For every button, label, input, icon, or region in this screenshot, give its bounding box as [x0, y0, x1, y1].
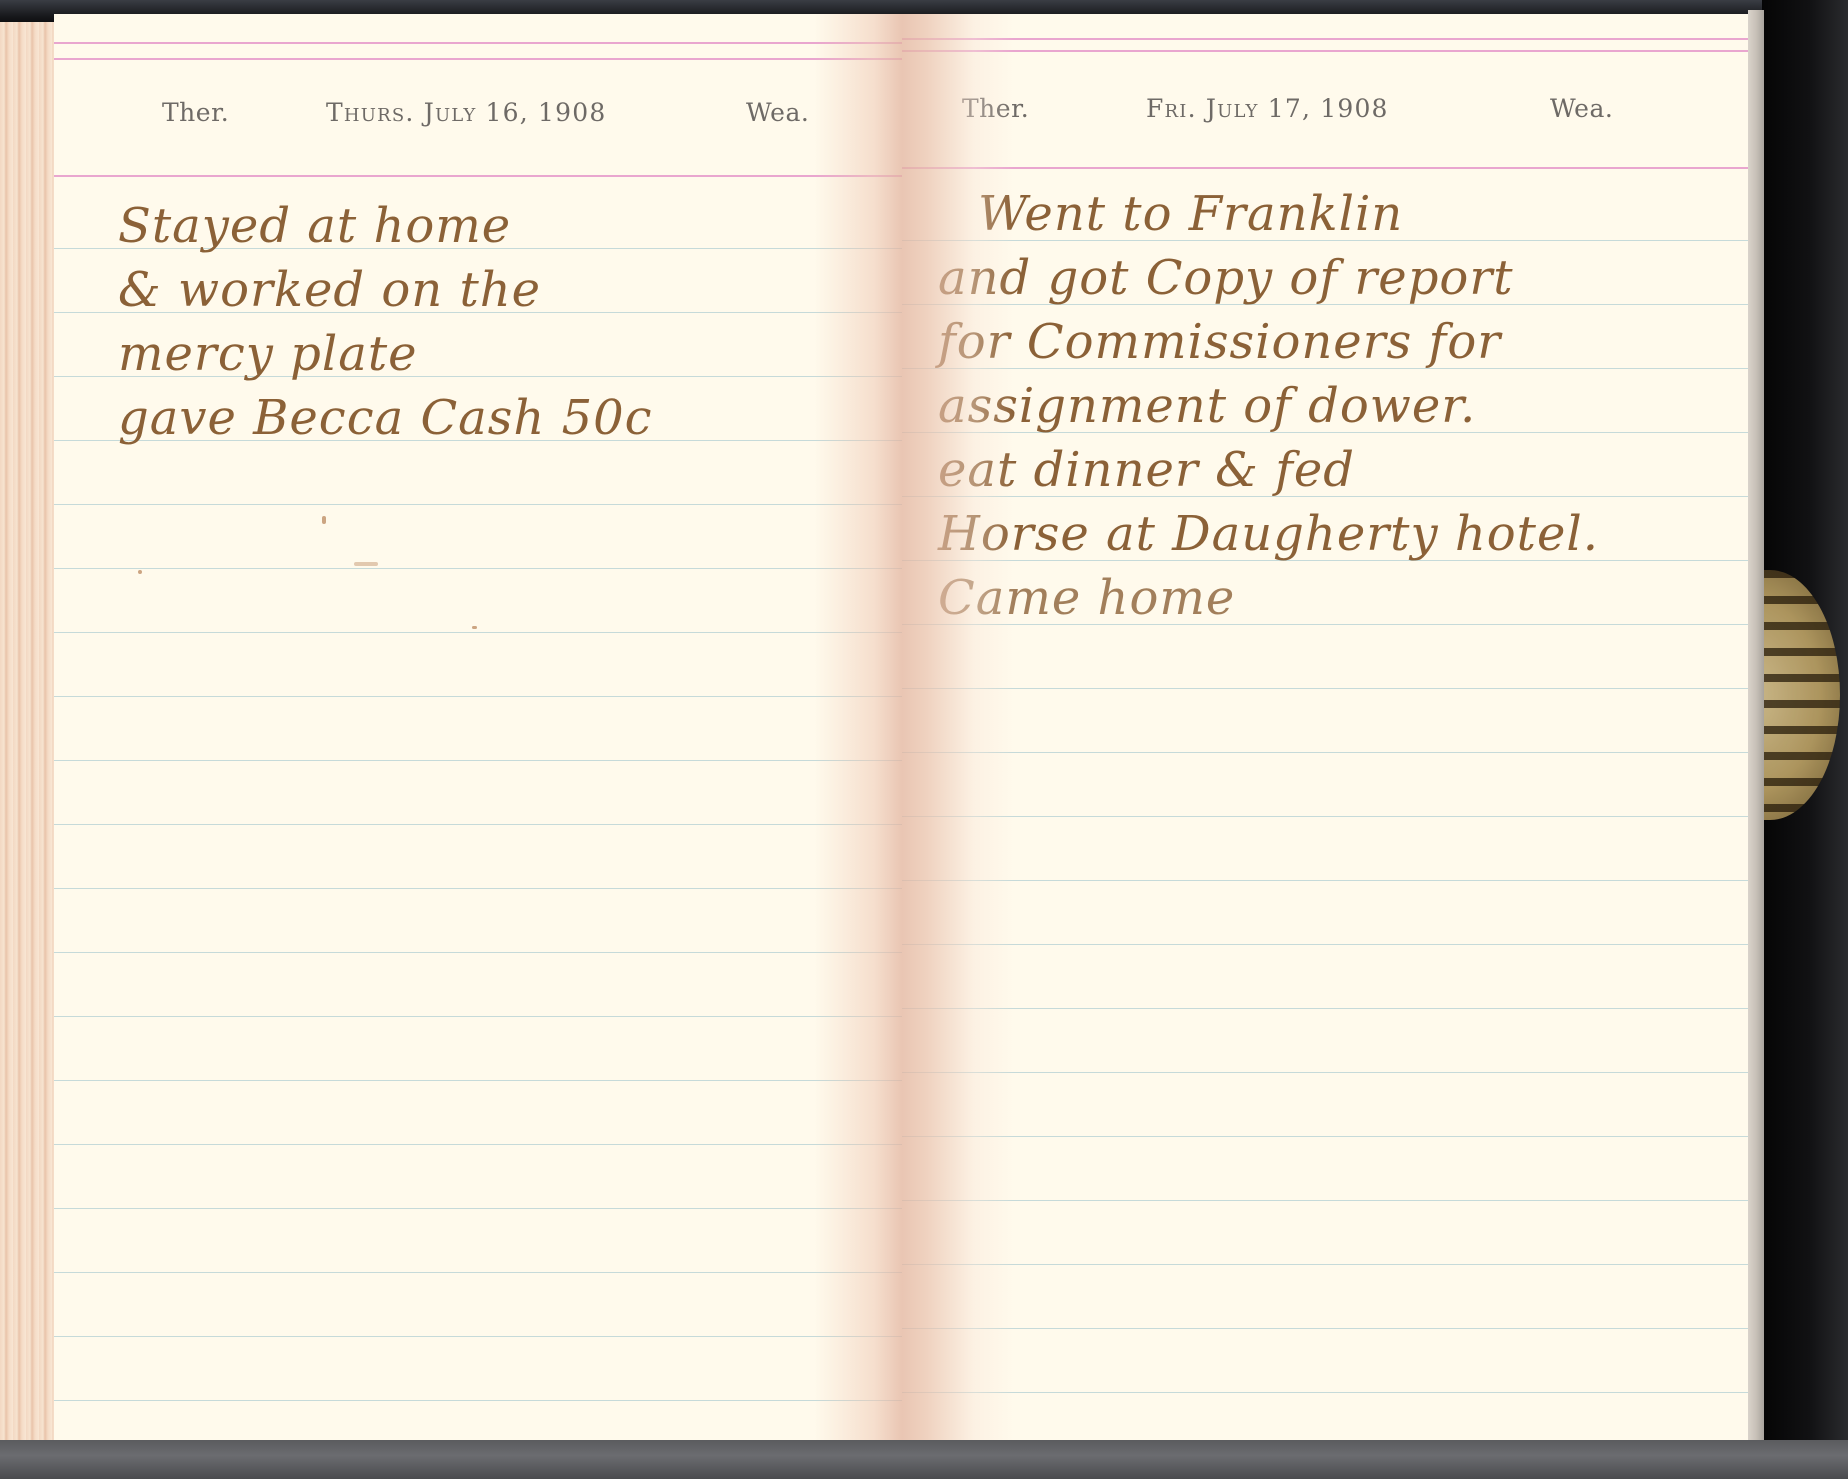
ruled-line [902, 1264, 1750, 1265]
right-page: Ther. Fri. July 17, 1908 Wea. Went to Fr… [902, 14, 1750, 1442]
ruled-line [54, 952, 902, 953]
top-rule [902, 50, 1750, 52]
open-spread: Ther. Thurs. July 16, 1908 Wea. Stayed a… [54, 14, 1750, 1442]
top-rule [54, 58, 902, 60]
ruled-line [54, 1080, 902, 1081]
ruled-line [54, 1208, 902, 1209]
diary-entry: Went to Franklin and got Copy of report … [938, 182, 1599, 630]
ruled-line [902, 880, 1750, 881]
ruled-line [54, 1144, 902, 1145]
entry-date: Thurs. July 16, 1908 [326, 98, 606, 127]
thermometer-label: Ther. [962, 94, 1029, 123]
entry-line: Stayed at home [118, 194, 653, 258]
ruled-line [902, 1392, 1750, 1393]
thermometer-label: Ther. [162, 98, 229, 127]
ruled-line [902, 816, 1750, 817]
entry-line: & worked on the [118, 258, 653, 322]
ink-speck [138, 570, 142, 574]
ruled-line [902, 1328, 1750, 1329]
entry-line: for Commissioners for [938, 310, 1599, 374]
ruled-line [54, 568, 902, 569]
ruled-line [54, 888, 902, 889]
ruled-line [54, 824, 902, 825]
top-rule [902, 38, 1750, 40]
ruled-line [54, 632, 902, 633]
header-rule [902, 167, 1750, 169]
entry-line: Went to Franklin [938, 182, 1599, 246]
entry-line: assignment of dower. [938, 374, 1599, 438]
entry-line: mercy plate [118, 322, 653, 386]
right-page-edge [1748, 10, 1764, 1450]
diary-entry: Stayed at home & worked on the mercy pla… [118, 194, 653, 450]
ink-speck [354, 562, 378, 566]
ink-speck [322, 516, 326, 524]
header-rule [54, 175, 902, 177]
ruled-line [902, 752, 1750, 753]
ruled-line [54, 696, 902, 697]
ruled-line [54, 1400, 902, 1401]
entry-line: gave Becca Cash 50c [118, 386, 653, 450]
entry-line: and got Copy of report [938, 246, 1599, 310]
entry-date: Fri. July 17, 1908 [1146, 94, 1389, 123]
entry-line: Horse at Daugherty hotel. [938, 502, 1599, 566]
diary-photo: Ther. Thurs. July 16, 1908 Wea. Stayed a… [0, 0, 1848, 1479]
left-page: Ther. Thurs. July 16, 1908 Wea. Stayed a… [54, 14, 902, 1442]
ruled-line [902, 944, 1750, 945]
ruled-line [902, 1136, 1750, 1137]
ruled-line [902, 1072, 1750, 1073]
entry-line: eat dinner & fed [938, 438, 1599, 502]
ruled-line [54, 504, 902, 505]
ruled-line [54, 760, 902, 761]
ruled-line [902, 1200, 1750, 1201]
ruled-line [54, 1272, 902, 1273]
top-rule [54, 42, 902, 44]
weather-label: Wea. [1550, 94, 1613, 123]
ruled-line [54, 1336, 902, 1337]
ruled-line [902, 688, 1750, 689]
cover-bottom-edge [0, 1440, 1848, 1479]
weather-label: Wea. [746, 98, 809, 127]
ruled-line [902, 1008, 1750, 1009]
page-header: Ther. Thurs. July 16, 1908 Wea. [54, 98, 902, 138]
entry-line: Came home [938, 566, 1599, 630]
page-header: Ther. Fri. July 17, 1908 Wea. [902, 94, 1750, 134]
ink-speck [472, 626, 477, 629]
left-page-edges [0, 22, 58, 1446]
ruled-line [54, 1016, 902, 1017]
